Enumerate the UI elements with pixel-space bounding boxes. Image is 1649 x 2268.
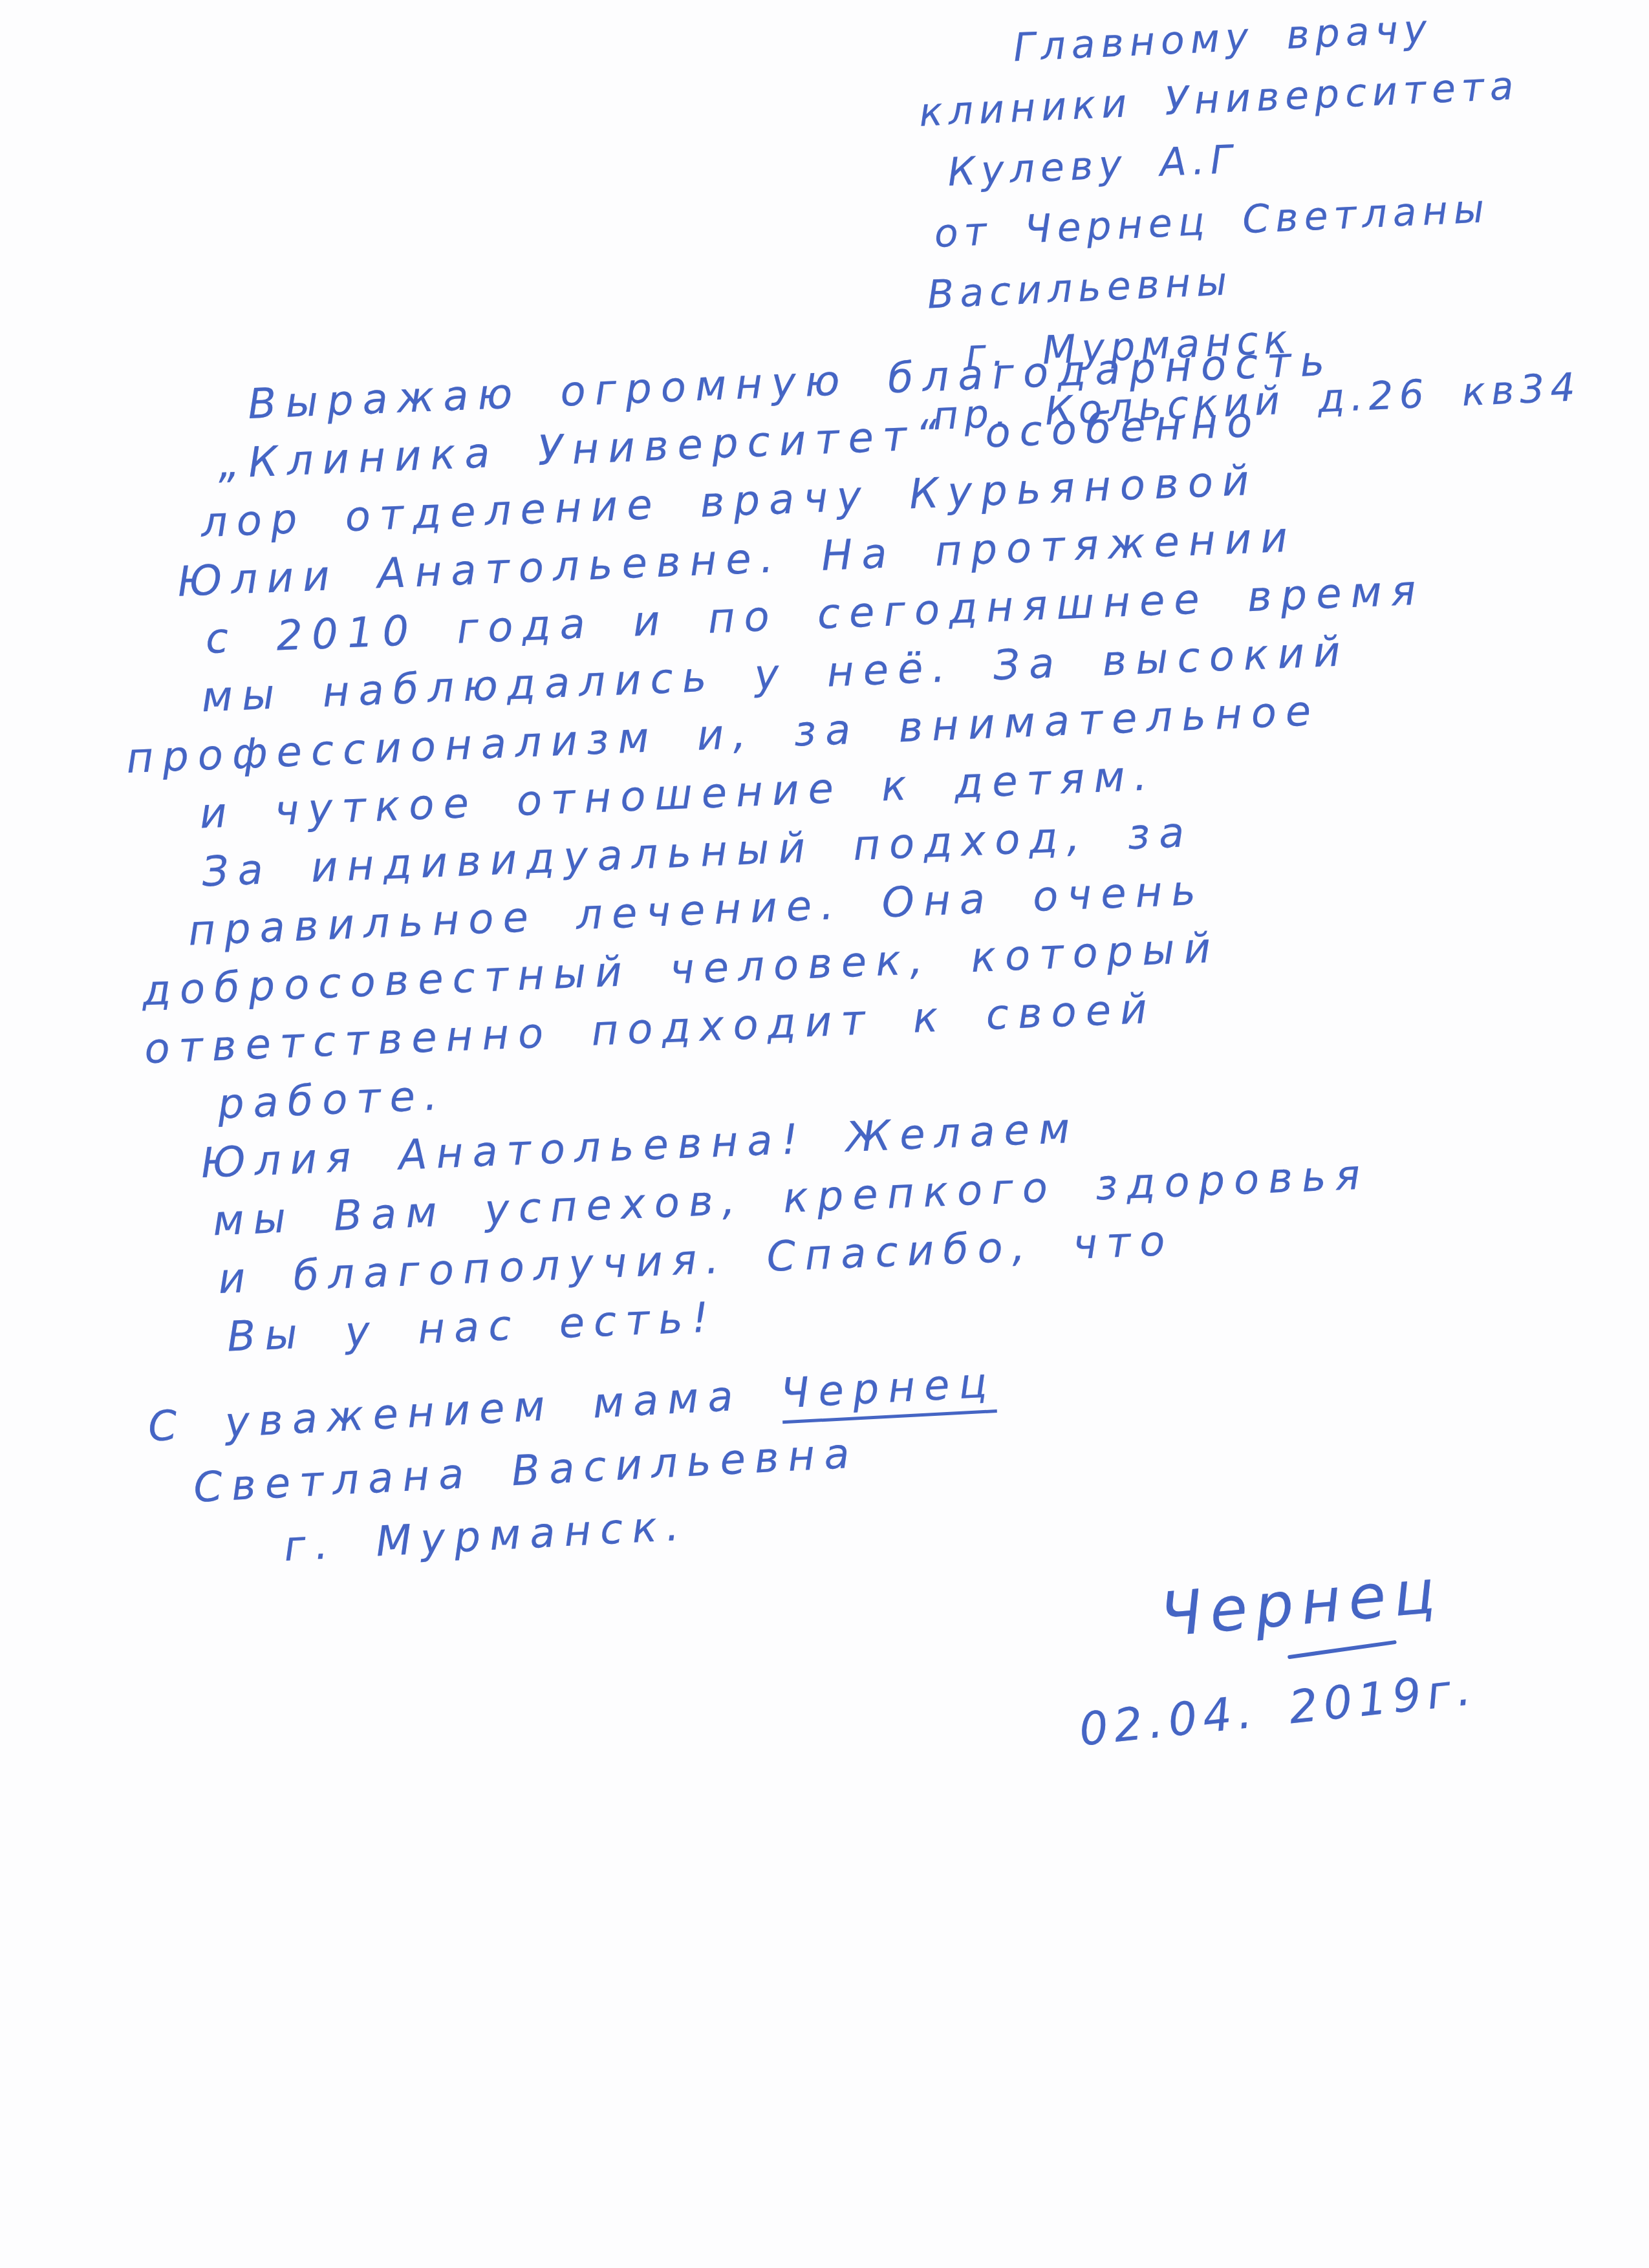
signature: Чернец (1158, 1556, 1445, 1651)
letter-date: 02.04. 2019г. (1077, 1662, 1479, 1756)
signature-underline-flourish (1288, 1640, 1397, 1660)
closing-block: С уважением мама Чернец Светлана Василье… (8, 1351, 1004, 1593)
letter-page: Главному врачу клиники Университета Куле… (0, 0, 1649, 2268)
signature-name: Чернец (1158, 1556, 1445, 1651)
closing-surname: Чернец (780, 1359, 998, 1424)
letter-body: Выражаю огромную благодарность „Клиника … (8, 329, 1454, 1374)
